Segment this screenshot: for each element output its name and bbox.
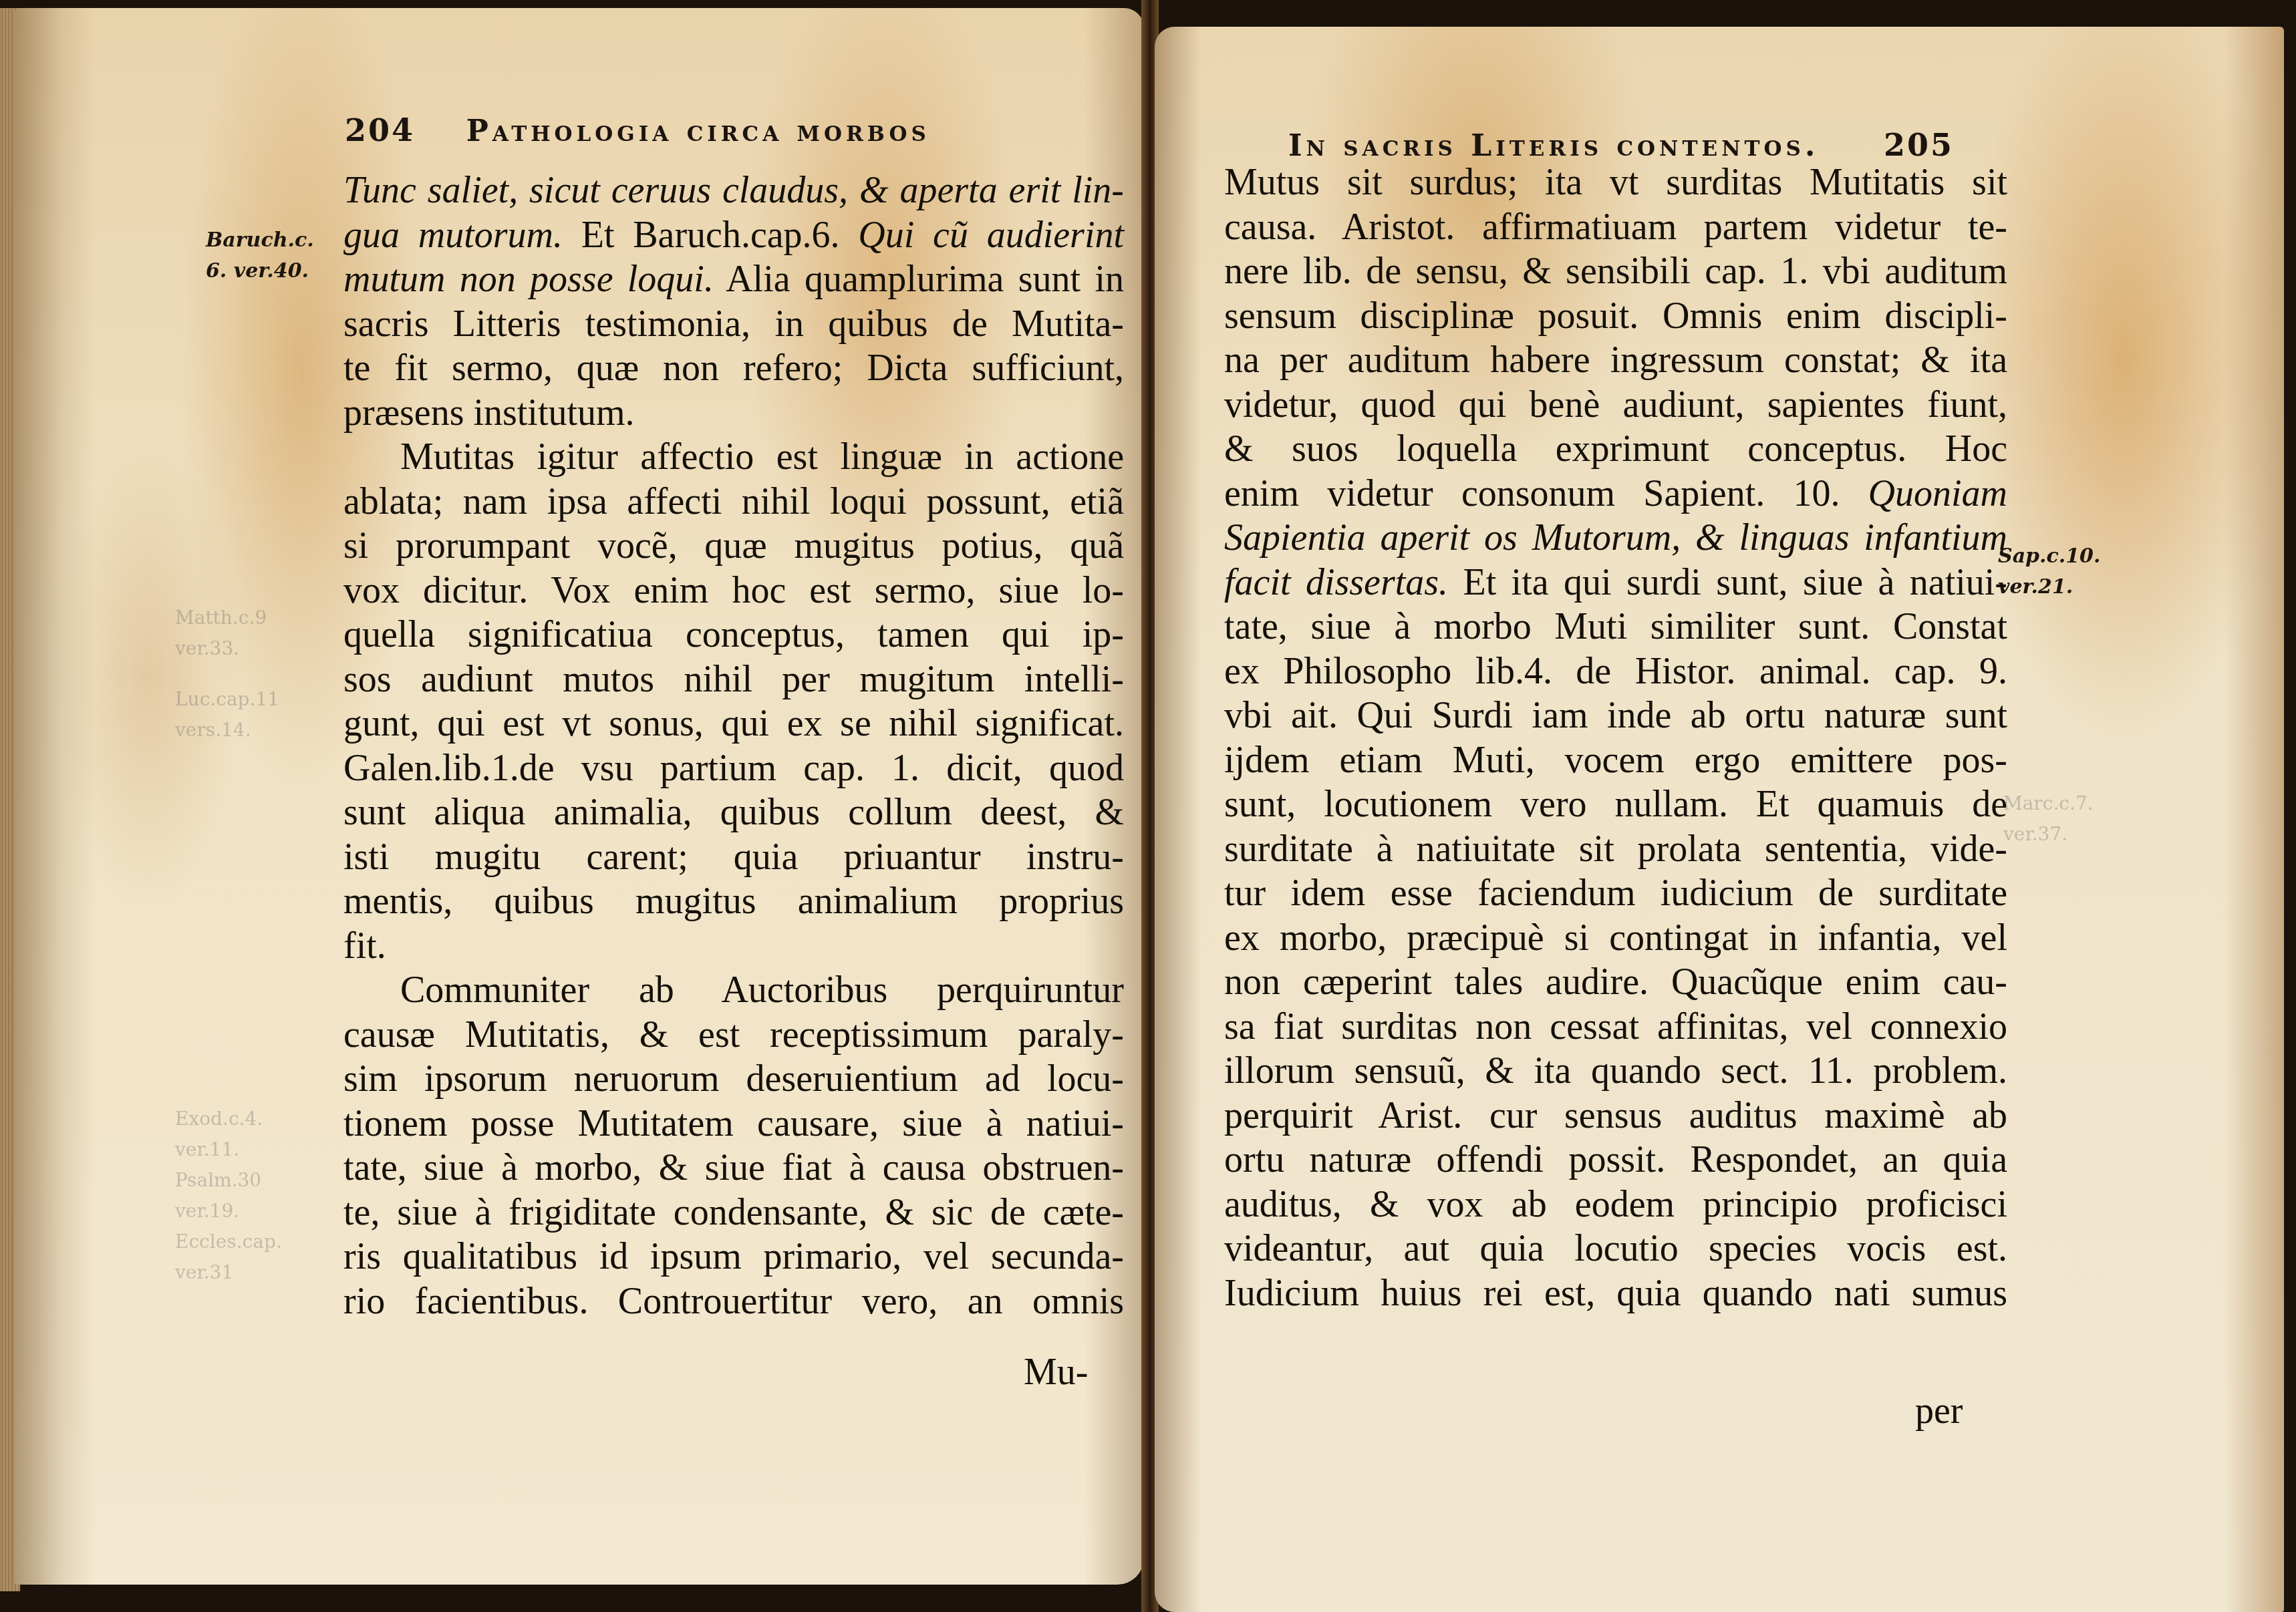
text-line: videtur, quod qui benè audiunt, sapiente… — [1224, 383, 2007, 428]
text-line: præsens institutum. — [343, 391, 1124, 436]
text-line: ablata; nam ipsa affecti nihil loqui pos… — [343, 480, 1124, 524]
text-line: videantur, aut quia locutio species voci… — [1224, 1227, 2007, 1271]
text-line: tate, siue à morbo, & siue fiat à causa … — [343, 1146, 1124, 1190]
right-page: In sacris Literis contentos. 205 Sap.c.1… — [1155, 27, 2284, 1612]
text-line: sacris Litteris testimonia, in quibus de… — [343, 302, 1124, 347]
text-line: surditate à natiuitate sit prolata sente… — [1224, 827, 2007, 872]
text-line: ex morbo, præcipuè si contingat in infan… — [1224, 916, 2007, 961]
text-line: Communiter ab Auctoribus perquiruntur — [343, 968, 1124, 1013]
text-line: Galen.lib.1.de vsu partium cap. 1. dicit… — [343, 746, 1124, 791]
text-line: tur idem esse faciendum iudicium de surd… — [1224, 871, 2007, 916]
text-line: gunt, qui est vt sonus, qui ex se nihil … — [343, 701, 1124, 746]
text-line: ortu naturæ offendi possit. Respondet, a… — [1224, 1138, 2007, 1182]
text-line: rio facientibus. Controuertitur vero, an… — [343, 1279, 1124, 1324]
text-line: sunt, locutionem vero nullam. Et quamuis… — [1224, 782, 2007, 827]
text-line: Tunc saliet, sicut ceruus claudus, & ape… — [343, 168, 1124, 213]
text-line: fit. — [343, 924, 1124, 969]
show-through-notes-3: Marc.c.7. ver.37. — [2003, 788, 2094, 850]
text-line: non cæperint tales audire. Quacũque enim… — [1224, 960, 2007, 1005]
right-text-block: Mutus sit surdus; ita vt surditas Mutita… — [1224, 160, 2007, 1315]
text-line: causa. Aristot. affirmatiuam partem vide… — [1224, 205, 2007, 250]
text-line: tate, siue à morbo Muti similiter sunt. … — [1224, 605, 2007, 649]
left-running-head: 204 Pathologia circa morbos — [345, 112, 930, 148]
text-line: isti mugitu carent; quia priuantur instr… — [343, 835, 1124, 880]
text-line: tionem posse Mutitatem causare, siue à n… — [343, 1102, 1124, 1146]
left-catchword: Mu- — [1024, 1351, 1088, 1394]
text-line: ris qualitatibus id ipsum primario, vel … — [343, 1235, 1124, 1279]
right-catchword: per — [1915, 1390, 1963, 1432]
text-line: Iudicium huius rei est, quia quando nati… — [1224, 1271, 2007, 1316]
text-line: mutum non posse loqui. Alia quamplurima … — [343, 257, 1124, 302]
text-line: sensum disciplinæ posuit. Omnis enim dis… — [1224, 294, 2007, 339]
margin-note-sapientia: Sap.c.10. ver.21. — [1998, 541, 2100, 603]
margin-note-baruch: Baruch.c. 6. ver.40. — [206, 225, 314, 287]
text-line: vbi ait. Qui Surdi iam inde ab ortu natu… — [1224, 693, 2007, 738]
text-line: perquirit Arist. cur sensus auditus maxi… — [1224, 1094, 2007, 1138]
text-line: sos audiunt mutos nihil per mugitum inte… — [343, 657, 1124, 702]
show-through-notes-2: Exod.c.4. ver.11. Psalm.30 ver.19. Eccle… — [175, 1104, 282, 1288]
text-line: enim videtur consonum Sapient. 10. Quoni… — [1224, 472, 2007, 516]
text-line: gua mutorum. Et Baruch.cap.6. Qui cũ aud… — [343, 213, 1124, 258]
text-line: illorum sensuũ, & ita quando sect. 11. p… — [1224, 1049, 2007, 1094]
text-line: Sapientia aperit os Mutorum, & linguas i… — [1224, 516, 2007, 560]
text-line: & suos loquella exprimunt conceptus. Hoc — [1224, 427, 2007, 472]
text-line: sim ipsorum neruorum deseruientium ad lo… — [343, 1057, 1124, 1102]
text-line: sunt aliqua animalia, quibus collum dees… — [343, 790, 1124, 835]
text-line: na per auditum habere ingressum constat;… — [1224, 338, 2007, 383]
text-line: causæ Mutitatis, & est receptissimum par… — [343, 1013, 1124, 1058]
book-spread: 204 Pathologia circa morbos Baruch.c. 6.… — [0, 0, 2296, 1612]
text-line: vox dicitur. Vox enim hoc est sermo, siu… — [343, 569, 1124, 613]
show-through-notes-1: Matth.c.9 ver.33. Luc.cap.11 vers.14. — [175, 603, 279, 746]
text-line: quella significatiua conceptus, tamen qu… — [343, 613, 1124, 657]
text-line: sa fiat surditas non cessat affinitas, v… — [1224, 1005, 2007, 1050]
text-line: nere lib. de sensu, & sensibili cap. 1. … — [1224, 249, 2007, 294]
text-line: si prorumpant vocẽ, quæ mugitus potius, … — [343, 524, 1124, 569]
left-head-title: Pathologia circa morbos — [466, 114, 930, 148]
text-line: te, siue à frigiditate condensante, & si… — [343, 1190, 1124, 1235]
text-line: ex Philosopho lib.4. de Histor. animal. … — [1224, 649, 2007, 694]
text-line: Mutus sit surdus; ita vt surditas Mutita… — [1224, 160, 2007, 205]
left-page: 204 Pathologia circa morbos Baruch.c. 6.… — [15, 8, 1144, 1585]
text-line: Mutitas igitur affectio est linguæ in ac… — [343, 435, 1124, 480]
left-text-block: Tunc saliet, sicut ceruus claudus, & ape… — [343, 168, 1124, 1323]
right-running-head: In sacris Literis contentos. 205 — [1288, 127, 1954, 163]
text-line: mentis, quibus mugitus animalium propriu… — [343, 879, 1124, 924]
text-line: facit dissertas. Et ita qui surdi sunt, … — [1224, 560, 2007, 605]
text-line: auditus, & vox ab eodem principio profic… — [1224, 1182, 2007, 1227]
text-line: ijdem etiam Muti, vocem ergo emittere po… — [1224, 738, 2007, 783]
left-folio: 204 — [345, 112, 415, 148]
right-head-title: In sacris Literis contentos. — [1288, 129, 1819, 163]
right-folio: 205 — [1884, 127, 1954, 163]
text-line: te fit sermo, quæ non refero; Dicta suff… — [343, 346, 1124, 391]
